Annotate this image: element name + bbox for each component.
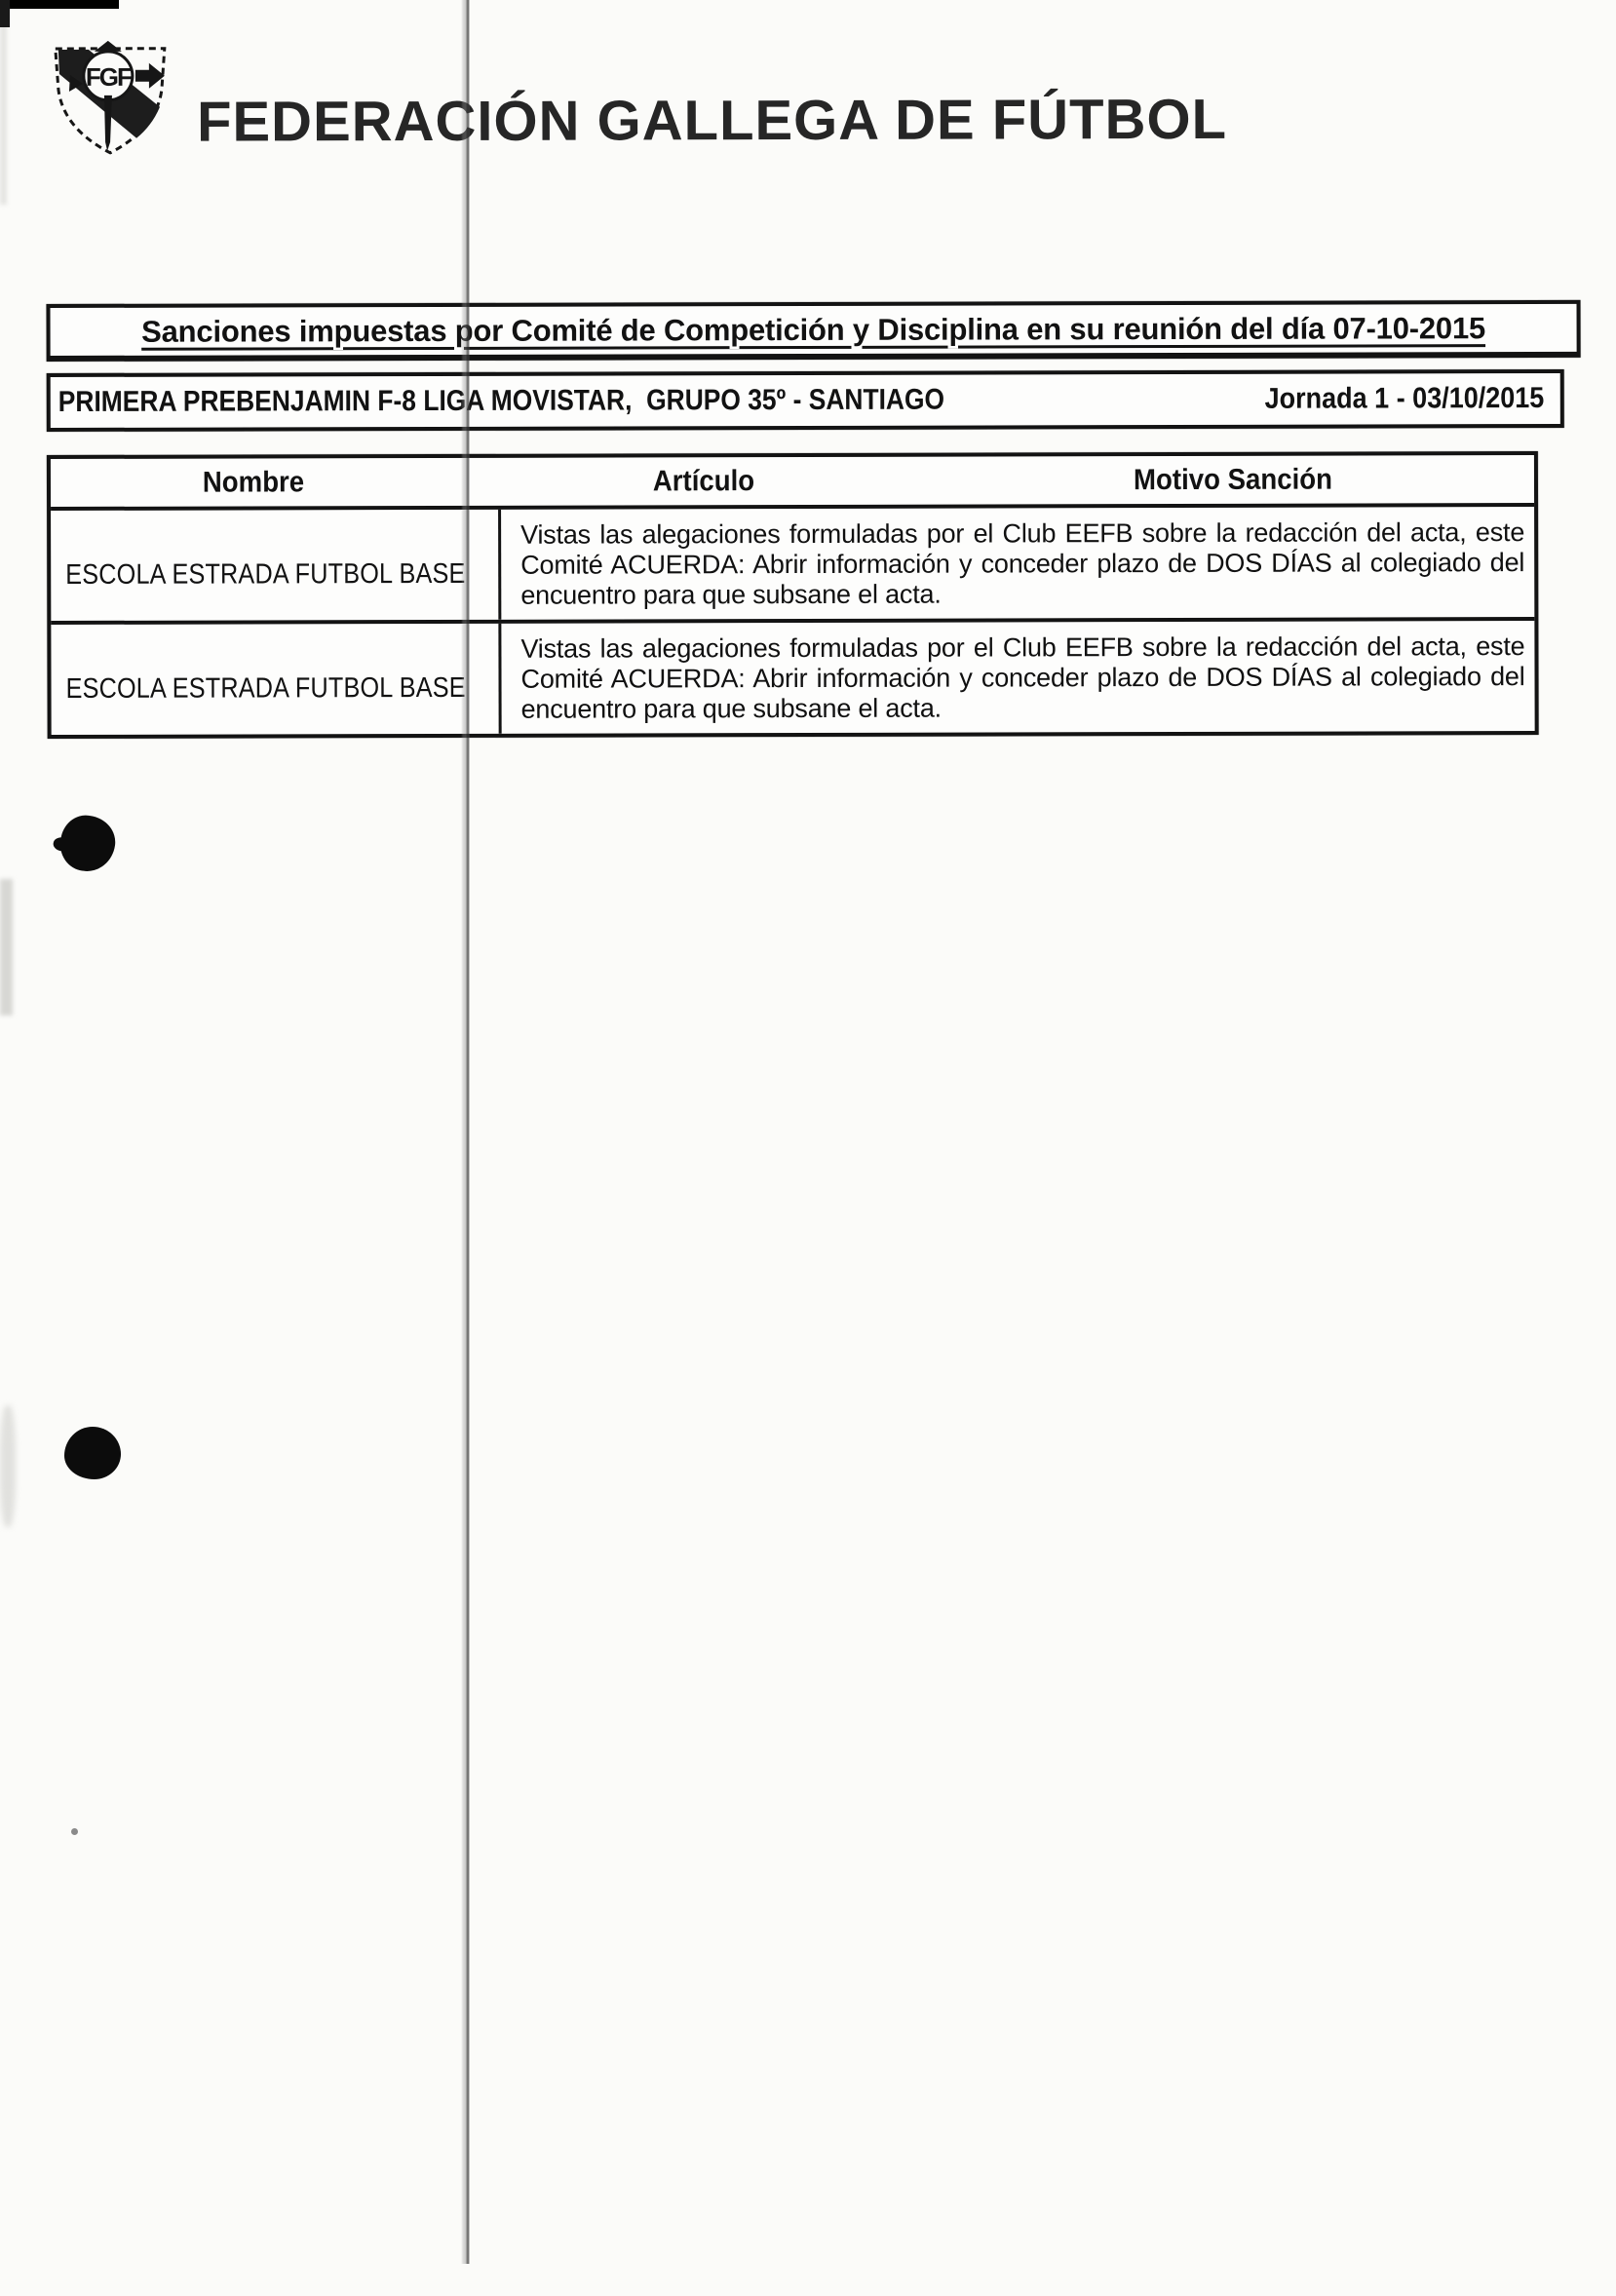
column-header-nombre: Nombre	[203, 466, 304, 499]
club-name: ESCOLA ESTRADA FUTBOL BASE	[65, 672, 465, 706]
sanction-text-line: Vistas las alegaciones formuladas por el…	[520, 631, 1524, 665]
club-name: ESCOLA ESTRADA FUTBOL BASE	[65, 558, 465, 592]
sanction-text-line: Comité ACUERDA: Abrir información y conc…	[520, 662, 1524, 695]
shield-icon: FGF	[46, 41, 174, 160]
competition-bar: PRIMERA PREBENJAMIN F-8 LIGA MOVISTAR, G…	[47, 369, 1564, 432]
sanctions-table: Nombre Artículo Motivo Sanción ESCOLA ES…	[47, 451, 1539, 739]
club-name-cell: ESCOLA ESTRADA FUTBOL BASE	[51, 510, 501, 621]
scanned-document-page: FGF FEDERACIÓN GALLEGA DE FÚTBOL Sancion…	[0, 0, 1616, 2296]
scan-smudge-artifact	[0, 879, 13, 1015]
table-header-row: Nombre Artículo Motivo Sanción	[51, 455, 1534, 511]
scan-edge-artifact	[0, 0, 10, 27]
crest-monogram: FGF	[86, 62, 132, 92]
sanction-text-line: encuentro para que subsane el acta.	[520, 578, 1524, 611]
table-row: ESCOLA ESTRADA FUTBOL BASE Vistas las al…	[51, 617, 1534, 735]
sanction-text-line: Vistas las alegaciones formuladas por el…	[520, 517, 1524, 551]
matchday-label: Jornada 1 - 03/10/2015	[1265, 382, 1545, 416]
fgf-crest-logo-icon: FGF	[46, 41, 174, 165]
scan-smudge-artifact	[0, 1405, 16, 1527]
column-header-articulo: Artículo	[653, 465, 754, 498]
scan-edge-shadow	[0, 0, 7, 205]
sanction-reason-cell: Vistas las alegaciones formuladas por el…	[501, 507, 1534, 620]
sanction-reason-cell: Vistas las alegaciones formuladas por el…	[501, 621, 1534, 734]
scan-speck-artifact	[71, 1828, 78, 1835]
scan-edge-artifact	[0, 0, 119, 9]
sanction-text-line: Comité ACUERDA: Abrir información y conc…	[520, 548, 1524, 581]
organization-title: FEDERACIÓN GALLEGA DE FÚTBOL	[197, 87, 1227, 155]
ink-dot-artifact	[64, 1427, 121, 1479]
competition-label: PRIMERA PREBENJAMIN F-8 LIGA MOVISTAR, G…	[58, 384, 944, 419]
sanctions-title-text: Sanciones impuestas por Comité de Compet…	[141, 311, 1485, 350]
scan-fold-line-artifact	[461, 0, 470, 2264]
column-header-motivo-sancion: Motivo Sanción	[1134, 463, 1332, 497]
sanctions-title-bar: Sanciones impuestas por Comité de Compet…	[47, 300, 1581, 362]
table-row: ESCOLA ESTRADA FUTBOL BASE Vistas las al…	[51, 507, 1534, 621]
sanction-text-line: encuentro para que subsane el acta.	[521, 692, 1525, 725]
club-name-cell: ESCOLA ESTRADA FUTBOL BASE	[51, 624, 501, 735]
